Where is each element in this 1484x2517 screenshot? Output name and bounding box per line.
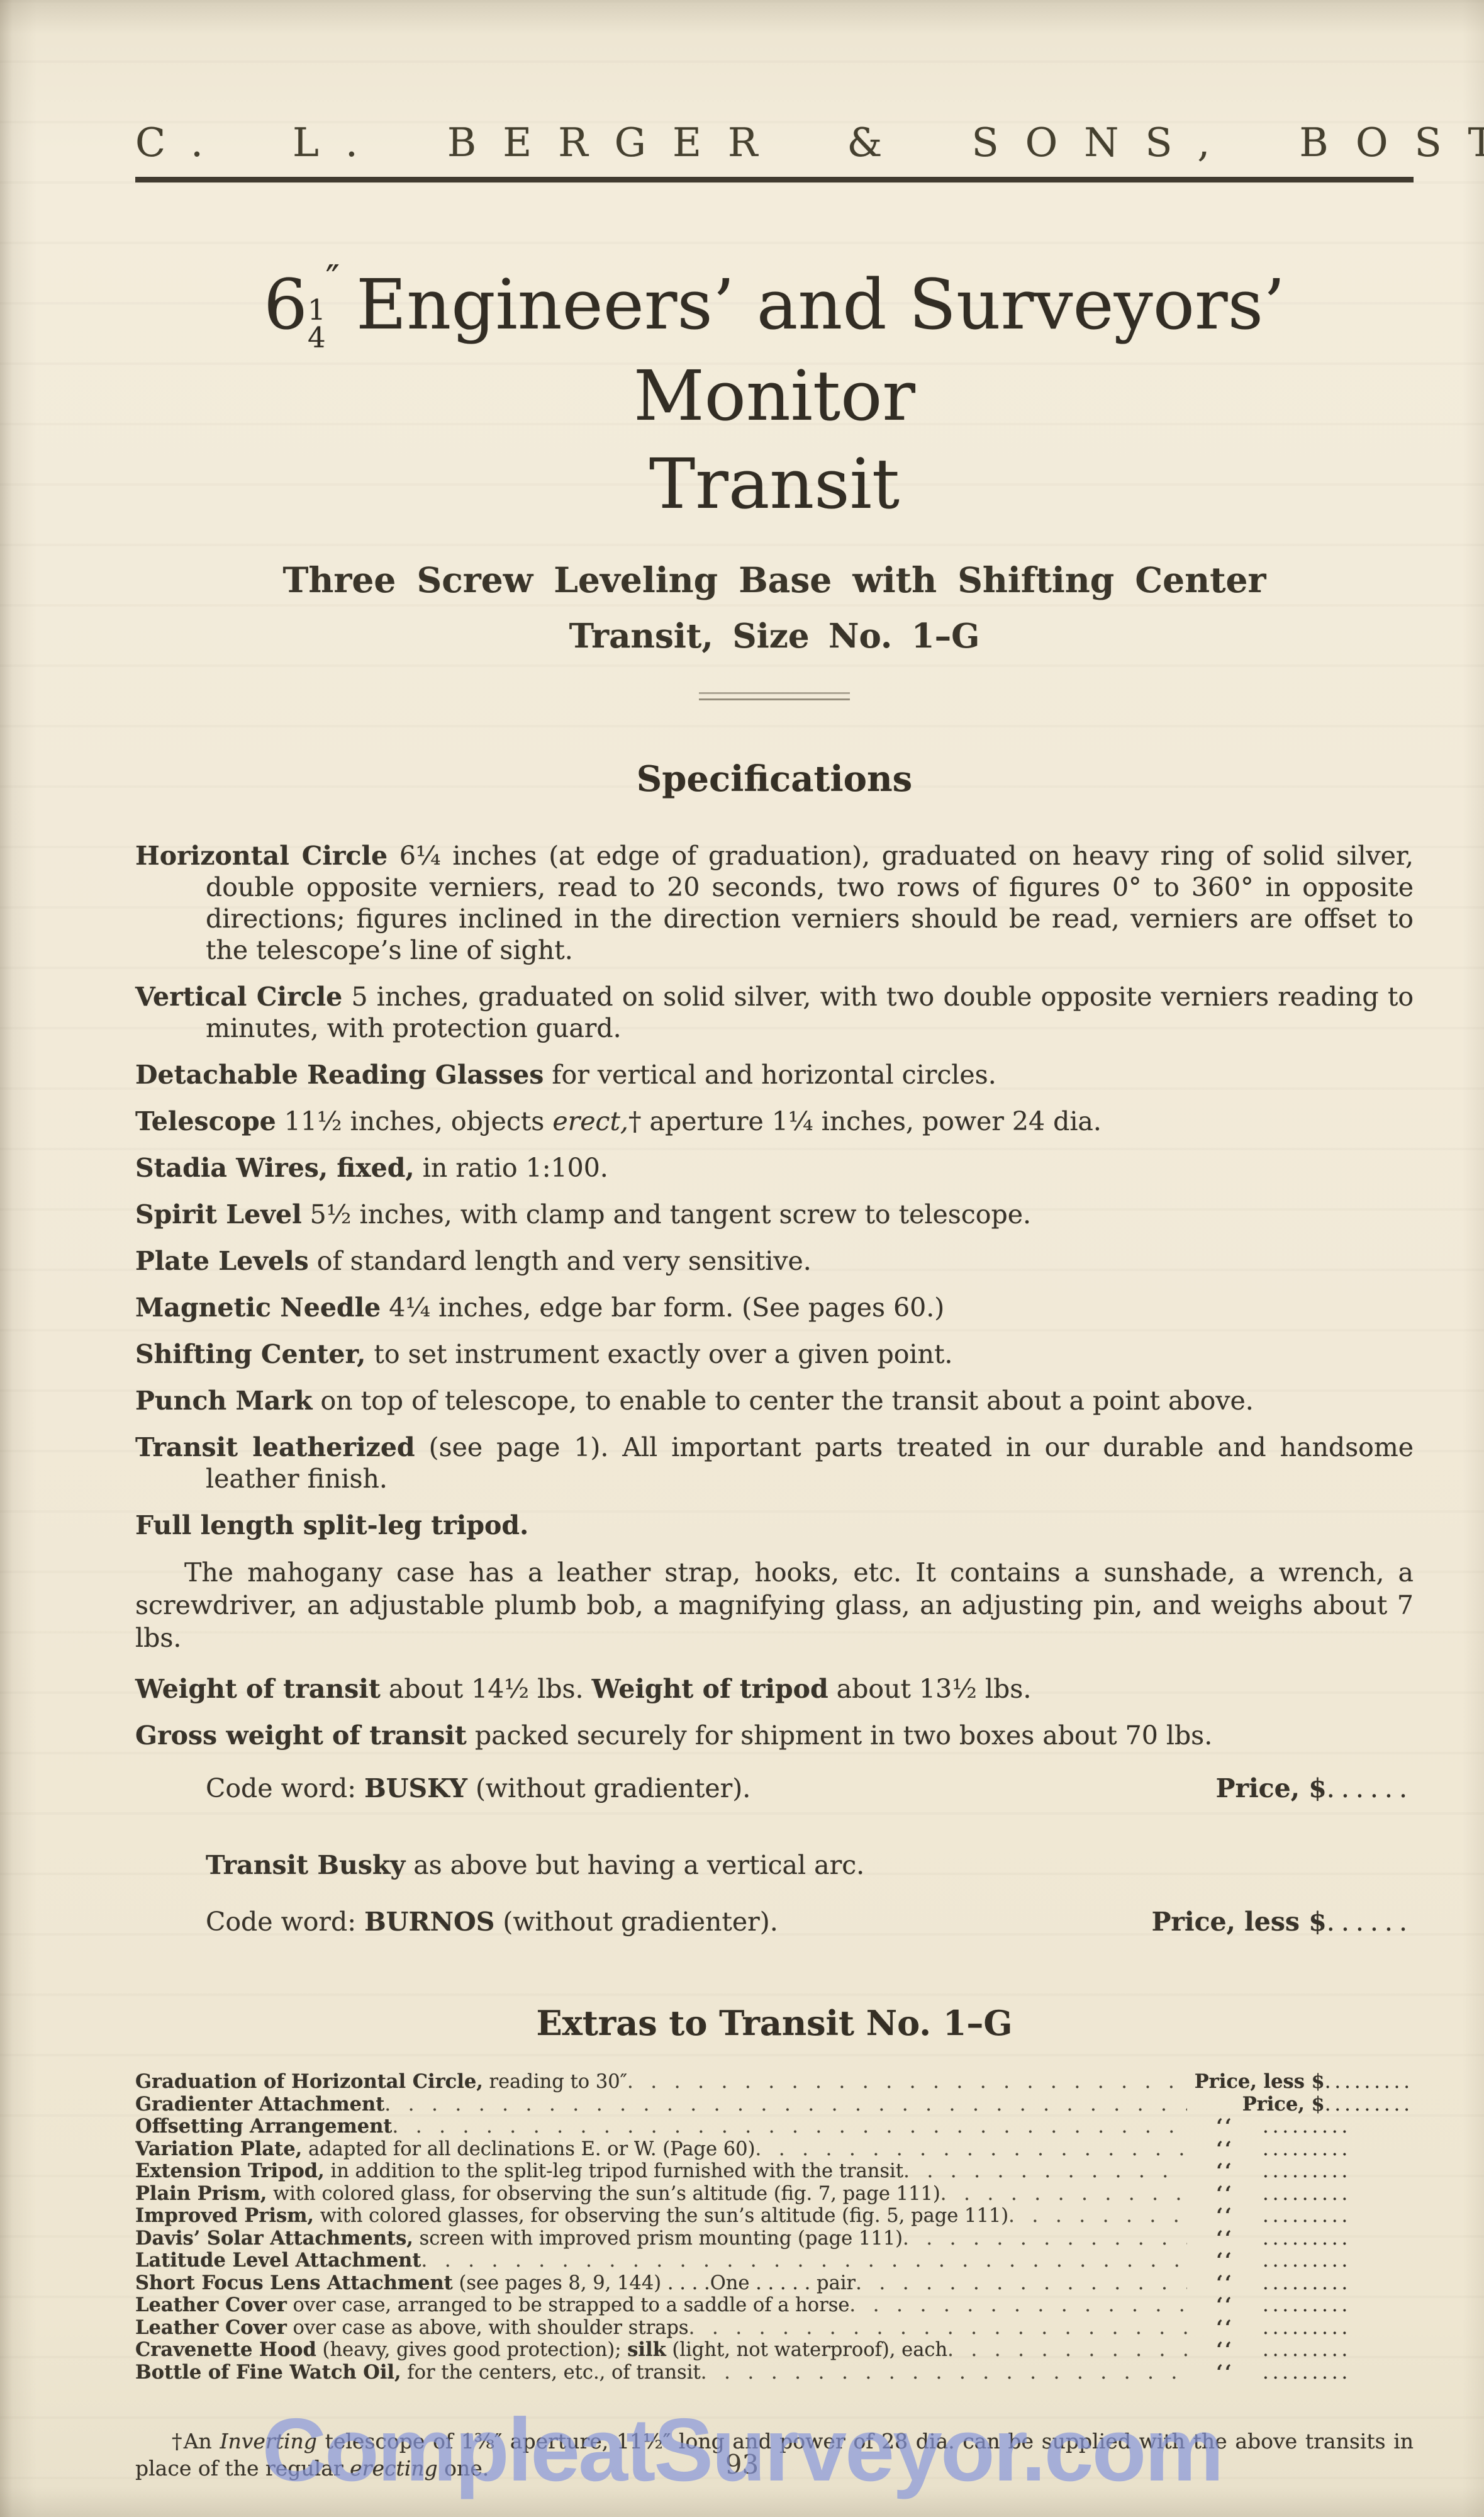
- price-dotted-blank: .........: [1263, 2340, 1414, 2362]
- extras-item-description: Bottle of Fine Watch Oil, for the center…: [135, 2362, 701, 2384]
- extras-item-description: Improved Prism, with colored glasses, fo…: [135, 2205, 1008, 2228]
- ditto-mark: ‘‘: [1187, 2116, 1263, 2138]
- inch-mark: ″: [326, 257, 340, 301]
- extras-item-description: Extension Tripod, in addition to the spl…: [135, 2160, 903, 2183]
- price-dotted-blank: .........: [1263, 2250, 1414, 2272]
- extras-item-description: Leather Cover over case as above, with s…: [135, 2317, 689, 2340]
- section-divider-rule: [699, 692, 850, 700]
- extras-heading: Extras to Transit No. 1–G: [135, 2003, 1414, 2043]
- ditto-mark: ‘‘: [1187, 2183, 1263, 2205]
- extras-price-cell: Price, $.........: [1187, 2094, 1414, 2116]
- specifications-list: Horizontal Circle 6¼ inches (at edge of …: [135, 840, 1414, 1541]
- extras-item-description: Variation Plate, adapted for all declina…: [135, 2138, 756, 2161]
- dotted-leader: . . . . . . . . . . . . . . . . . . . . …: [1008, 2206, 1187, 2228]
- extras-row: Gradienter Attachment . . . . . . . . . …: [135, 2094, 1414, 2116]
- price-dotted-blank: .........: [1263, 2295, 1414, 2317]
- extras-row: Leather Cover over case, arranged to be …: [135, 2294, 1414, 2317]
- dotted-leader: . . . . . . . . . . . . . . . . . . . . …: [421, 2250, 1187, 2272]
- ditto-mark: ‘‘: [1187, 2205, 1263, 2227]
- extras-price-cell: ‘‘.........: [1187, 2294, 1414, 2317]
- dotted-leader: . . . . . . . . . . . . . . . . . . . . …: [756, 2139, 1188, 2161]
- spec-item: Gross weight of transit packed securely …: [135, 1720, 1414, 1751]
- extras-row: Leather Cover over case as above, with s…: [135, 2317, 1414, 2340]
- spec-item: Spirit Level 5½ inches, with clamp and t…: [135, 1199, 1414, 1230]
- dotted-leader: . . . . . . . . . . . . . . . . . . . . …: [849, 2295, 1187, 2317]
- extras-item-description: Latitude Level Attachment: [135, 2250, 421, 2272]
- catalog-page-scan: C. L. BERGER & SONS, BOSTON 614″Engineer…: [0, 0, 1484, 2517]
- price-dotted-blank: .........: [1263, 2139, 1414, 2161]
- code-word-text: Transit Busky as above but having a vert…: [206, 1849, 864, 1881]
- spec-item: Detachable Reading Glasses for vertical …: [135, 1059, 1414, 1090]
- subtitle-leveling-base: Three Screw Leveling Base with Shifting …: [135, 559, 1414, 600]
- extras-price-table: Graduation of Horizontal Circle, reading…: [135, 2071, 1414, 2384]
- ditto-mark: ‘‘: [1187, 2362, 1263, 2384]
- extras-row: Latitude Level Attachment . . . . . . . …: [135, 2250, 1414, 2272]
- size-fraction-numerator: 1: [308, 296, 326, 324]
- extras-row: Variation Plate, adapted for all declina…: [135, 2138, 1414, 2161]
- price-dotted-blank: .........: [1325, 2071, 1414, 2094]
- code-word-row: Code word: BUSKY (without gradienter).Pr…: [135, 1773, 1414, 1804]
- dotted-leader: . . . . . . . . . . . . . . . . . . . . …: [701, 2362, 1187, 2384]
- extras-row: Graduation of Horizontal Circle, reading…: [135, 2071, 1414, 2094]
- dotted-leader: . . . . . . . . . . . . . . . . . . . . …: [392, 2116, 1187, 2138]
- instrument-size: 614″: [264, 264, 340, 345]
- spec-item: Weight of transit about 14½ lbs. Weight …: [135, 1673, 1414, 1705]
- price-dotted-blank: .........: [1263, 2228, 1414, 2250]
- price-dotted-blank: .........: [1263, 2183, 1414, 2206]
- extras-item-description: Graduation of Horizontal Circle, reading…: [135, 2071, 627, 2094]
- price-label: Price, less $......: [1152, 1906, 1414, 1937]
- dotted-leader: . . . . . . . . . . . . . . . . . . . . …: [947, 2340, 1187, 2362]
- spec-item: Full length split-leg tripod.: [135, 1510, 1414, 1541]
- ditto-mark: ‘‘: [1187, 2138, 1263, 2160]
- ditto-mark: ‘‘: [1187, 2339, 1263, 2361]
- spec-item: Transit leatherized (see page 1). All im…: [135, 1432, 1414, 1494]
- spec-item: Stadia Wires, fixed, in ratio 1:100.: [135, 1152, 1414, 1184]
- page-header: C. L. BERGER & SONS, BOSTON: [135, 120, 1414, 182]
- ditto-mark: ‘‘: [1187, 2250, 1263, 2272]
- watermark-text: CompleatSurveyor.com: [262, 2399, 1222, 2502]
- price-dotted-blank: .........: [1263, 2161, 1414, 2183]
- extras-price-cell: ‘‘.........: [1187, 2116, 1414, 2138]
- dotted-leader: . . . . . . . . . . . . . . . . . . . . …: [856, 2273, 1187, 2295]
- dotted-leader: . . . . . . . . . . . . . . . . . . . . …: [384, 2094, 1187, 2116]
- extras-item-description: Offsetting Arrangement: [135, 2116, 392, 2138]
- page-content: C. L. BERGER & SONS, BOSTON 614″Engineer…: [135, 0, 1414, 2482]
- spec-item: Punch Mark on top of telescope, to enabl…: [135, 1385, 1414, 1416]
- price-dotted-blank: .........: [1325, 2094, 1414, 2116]
- extras-row: Improved Prism, with colored glasses, fo…: [135, 2205, 1414, 2228]
- dotted-leader: . . . . . . . . . . . . . . . . . . . . …: [903, 2161, 1187, 2183]
- price-dotted-blank: .........: [1263, 2318, 1414, 2340]
- ditto-mark: ‘‘: [1187, 2294, 1263, 2316]
- code-word-text: Code word: BUSKY (without gradienter).: [206, 1773, 750, 1804]
- extras-row: Extension Tripod, in addition to the spl…: [135, 2160, 1414, 2183]
- spec-item: Vertical Circle 5 inches, graduated on s…: [135, 981, 1414, 1044]
- extras-price-cell: ‘‘.........: [1187, 2272, 1414, 2295]
- extras-item-description: Gradienter Attachment: [135, 2094, 384, 2116]
- specifications-heading: Specifications: [135, 758, 1414, 800]
- dotted-leader: . . . . . . . . . . . . . . . . . . . . …: [903, 2228, 1187, 2250]
- price-label: Price, $: [1242, 2094, 1325, 2116]
- extras-price-cell: ‘‘.........: [1187, 2205, 1414, 2228]
- extras-item-description: Leather Cover over case, arranged to be …: [135, 2294, 849, 2317]
- weight-lines: Weight of transit about 14½ lbs. Weight …: [135, 1673, 1414, 1751]
- extras-row: Offsetting Arrangement . . . . . . . . .…: [135, 2116, 1414, 2138]
- extras-price-cell: ‘‘.........: [1187, 2362, 1414, 2384]
- title-text-1: Engineers’ and Surveyors’ Monitor: [356, 264, 1285, 436]
- extras-item-description: Plain Prism, with colored glass, for obs…: [135, 2183, 940, 2206]
- size-whole: 6: [264, 264, 308, 345]
- header-text: C. L. BERGER & SONS, BOSTON: [135, 120, 1484, 165]
- dotted-leader: . . . . . . . . . . . . . . . . . . . . …: [689, 2318, 1187, 2340]
- extras-item-description: Cravenette Hood (heavy, gives good prote…: [135, 2339, 947, 2362]
- spec-item: Telescope 11½ inches, objects erect,† ap…: [135, 1106, 1414, 1137]
- price-dotted-blank: .........: [1263, 2273, 1414, 2295]
- extras-row: Bottle of Fine Watch Oil, for the center…: [135, 2362, 1414, 2384]
- extras-price-cell: ‘‘.........: [1187, 2250, 1414, 2272]
- size-fraction-denominator: 4: [308, 324, 326, 352]
- price-dotted-blank: .........: [1263, 2116, 1414, 2138]
- extras-price-cell: ‘‘.........: [1187, 2138, 1414, 2161]
- dotted-leader: . . . . . . . . . . . . . . . . . . . . …: [627, 2071, 1187, 2094]
- size-fraction: 14: [308, 296, 326, 352]
- extras-price-cell: ‘‘.........: [1187, 2183, 1414, 2206]
- price-label: Price, less $: [1195, 2071, 1325, 2093]
- spec-item: Plate Levels of standard length and very…: [135, 1245, 1414, 1277]
- price-dotted-blank: .........: [1263, 2362, 1414, 2384]
- spec-item: Shifting Center, to set instrument exact…: [135, 1338, 1414, 1370]
- dotted-leader: . . . . . . . . . . . . . . . . . . . . …: [940, 2183, 1187, 2206]
- ditto-mark: ‘‘: [1187, 2228, 1263, 2250]
- code-word-row: Code word: BURNOS (without gradienter).P…: [135, 1906, 1414, 1937]
- title-line-2: Transit: [135, 440, 1414, 528]
- code-word-section: Code word: BUSKY (without gradienter).Pr…: [135, 1773, 1414, 1937]
- extras-price-cell: Price, less $.........: [1187, 2071, 1414, 2094]
- price-dotted-blank: ......: [1327, 1773, 1414, 1803]
- extras-row: Cravenette Hood (heavy, gives good prote…: [135, 2339, 1414, 2362]
- extras-item-description: Davis’ Solar Attachments, screen with im…: [135, 2228, 903, 2250]
- ditto-mark: ‘‘: [1187, 2272, 1263, 2294]
- extras-row: Plain Prism, with colored glass, for obs…: [135, 2183, 1414, 2206]
- extras-price-cell: ‘‘.........: [1187, 2160, 1414, 2183]
- subtitle-transit-size: Transit, Size No. 1–G: [135, 617, 1414, 656]
- extras-price-cell: ‘‘.........: [1187, 2317, 1414, 2340]
- title-line-1: 614″Engineers’ and Surveyors’ Monitor: [135, 235, 1414, 440]
- spec-item: Horizontal Circle 6¼ inches (at edge of …: [135, 840, 1414, 966]
- price-label: Price, $......: [1216, 1773, 1414, 1804]
- price-dotted-blank: ......: [1327, 1907, 1414, 1937]
- extras-price-cell: ‘‘.........: [1187, 2339, 1414, 2362]
- spec-item: Magnetic Needle 4¼ inches, edge bar form…: [135, 1292, 1414, 1323]
- code-word-text: Code word: BURNOS (without gradienter).: [206, 1906, 778, 1937]
- page-title: 614″Engineers’ and Surveyors’ Monitor Tr…: [135, 235, 1414, 528]
- price-dotted-blank: .........: [1263, 2206, 1414, 2228]
- extras-row: Short Focus Lens Attachment (see pages 8…: [135, 2272, 1414, 2295]
- extras-price-cell: ‘‘.........: [1187, 2228, 1414, 2250]
- extras-item-description: Short Focus Lens Attachment (see pages 8…: [135, 2272, 856, 2295]
- code-word-row: Transit Busky as above but having a vert…: [135, 1849, 1414, 1881]
- ditto-mark: ‘‘: [1187, 2317, 1263, 2339]
- extras-row: Davis’ Solar Attachments, screen with im…: [135, 2228, 1414, 2250]
- case-paragraph: The mahogany case has a leather strap, h…: [135, 1556, 1414, 1654]
- ditto-mark: ‘‘: [1187, 2160, 1263, 2182]
